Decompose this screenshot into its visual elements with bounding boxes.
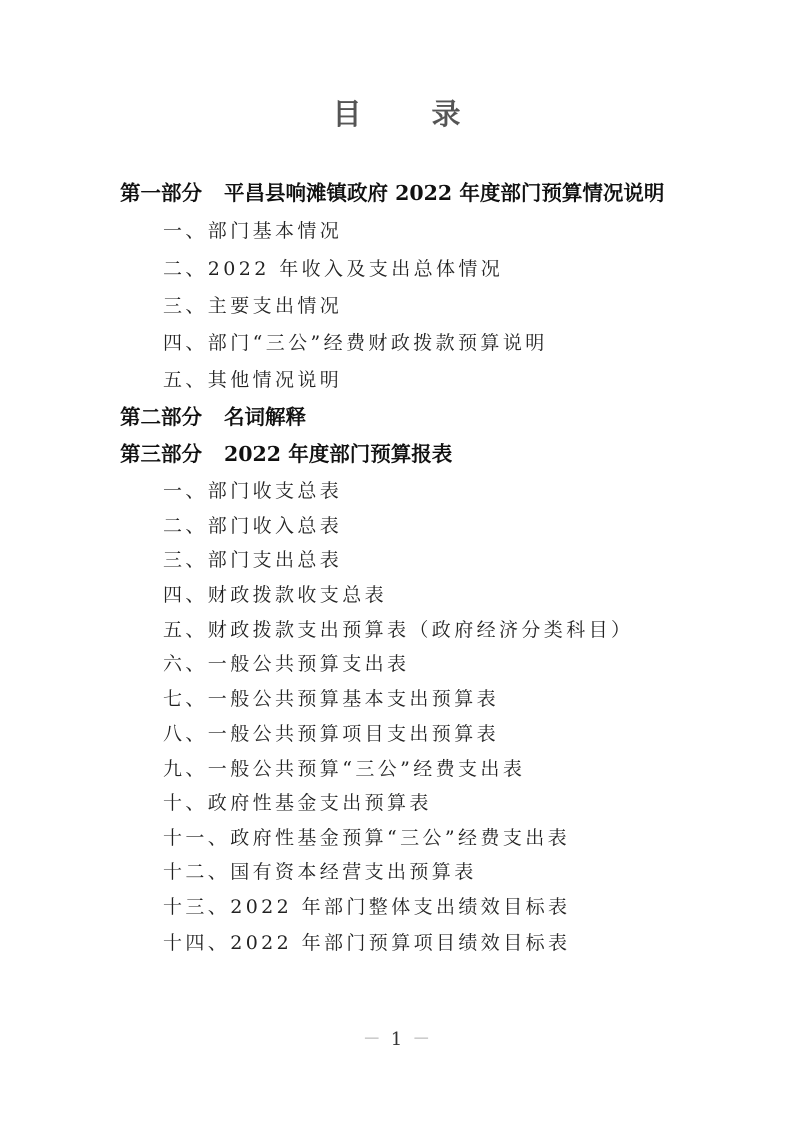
toc-item[interactable]: 五、其他情况说明 (163, 366, 342, 394)
toc-item[interactable]: 四、部门“三公”经费财政拨款预算说明 (163, 329, 548, 357)
toc-item[interactable]: 四、财政拨款收支总表 (163, 581, 387, 609)
toc-item[interactable]: 三、部门支出总表 (163, 546, 342, 574)
toc-item[interactable]: 七、一般公共预算基本支出预算表 (163, 685, 499, 713)
page-number-dash-right: － (412, 1029, 430, 1050)
part-label: 第二部分 (120, 403, 202, 431)
toc-item[interactable]: 十四、2022 年部门预算项目绩效目标表 (163, 929, 570, 957)
toc-item[interactable]: 十二、国有资本经营支出预算表 (163, 858, 477, 886)
toc-item[interactable]: 五、财政拨款支出预算表（政府经济分类科目） (163, 616, 633, 644)
part-title: 名词解释 (224, 405, 306, 429)
toc-item[interactable]: 二、部门收入总表 (163, 512, 342, 540)
part-title: 2022 年度部门预算报表 (224, 442, 452, 466)
toc-item[interactable]: 二、2022 年收入及支出总体情况 (163, 255, 503, 283)
page-number-dash-left: － (363, 1029, 381, 1050)
page-number: －1－ (0, 1027, 793, 1053)
part-label: 第一部分 (120, 179, 202, 207)
toc-item[interactable]: 三、主要支出情况 (163, 292, 342, 320)
part-label: 第三部分 (120, 440, 202, 468)
toc-part-3-heading[interactable]: 第三部分2022 年度部门预算报表 (120, 440, 452, 468)
page-title: 目 录 (0, 94, 793, 134)
toc-item[interactable]: 六、一般公共预算支出表 (163, 650, 409, 678)
part-title: 平昌县响滩镇政府 2022 年度部门预算情况说明 (224, 181, 664, 205)
toc-item[interactable]: 一、部门基本情况 (163, 217, 342, 245)
toc-item[interactable]: 十三、2022 年部门整体支出绩效目标表 (163, 893, 570, 921)
toc-part-2-heading[interactable]: 第二部分名词解释 (120, 403, 306, 431)
toc-item[interactable]: 八、一般公共预算项目支出预算表 (163, 720, 499, 748)
toc-item[interactable]: 九、一般公共预算“三公”经费支出表 (163, 755, 525, 783)
page-number-value: 1 (391, 1029, 402, 1050)
toc-part-1-heading[interactable]: 第一部分平昌县响滩镇政府 2022 年度部门预算情况说明 (120, 179, 664, 207)
toc-item[interactable]: 一、部门收支总表 (163, 477, 342, 505)
toc-item[interactable]: 十一、政府性基金预算“三公”经费支出表 (163, 824, 570, 852)
toc-item[interactable]: 十、政府性基金支出预算表 (163, 789, 432, 817)
